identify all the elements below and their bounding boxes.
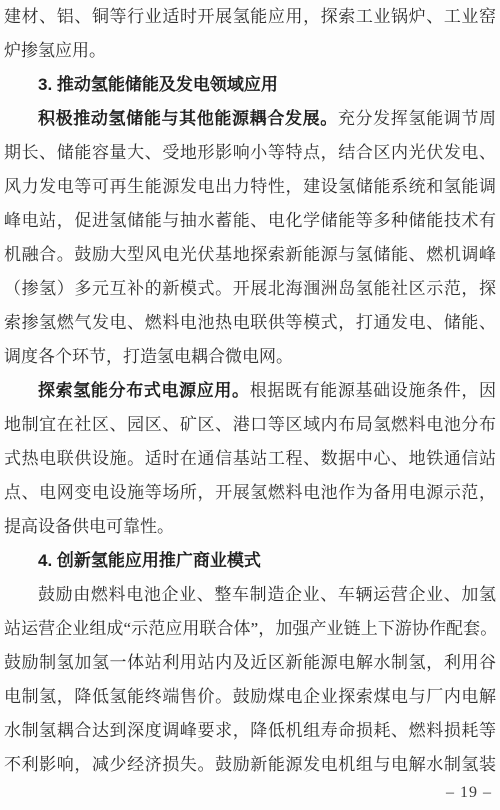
text-line: 点、电网变电设施等场所，开展氢燃料电池作为备用电源示范， [4, 476, 496, 510]
text-line: 式热电联供设施。适时在通信基站工程、数据中心、地铁通信站 [4, 442, 496, 476]
text-line: 站运营企业组成“示范应用联合体”，加强产业链上下游协作配套。 [4, 612, 496, 646]
text-segment: 风力发电等可再生能源发电出力特性，建设氢储能系统和氢能调 [4, 177, 496, 196]
text-line: 峰电站，促进氢储能与抽水蓄能、电化学储能等多种储能技术有 [4, 204, 496, 238]
text-segment: 建材、铝、铜等行业适时开展氢能应用，探索工业锅炉、工业窑 [4, 7, 496, 26]
text-segment: 索掺氢燃气发电、燃料电池热电联供等模式，打通发电、储能、 [4, 313, 496, 332]
text-line: 炉掺氢应用。 [4, 34, 496, 68]
text-segment: 调度各个环节，打造氢电耦合微电网。 [4, 347, 293, 366]
text-segment: 根据既有能源基础设施条件，因 [250, 381, 496, 400]
text-line: 水制氢耦合达到深度调峰要求，降低机组寿命损耗、燃料损耗等 [4, 714, 496, 748]
text-line: 提高设备供电可靠性。 [4, 510, 496, 544]
bold-text-segment: 探索氢能分布式电源应用。 [38, 381, 250, 400]
text-segment: 鼓励由燃料电池企业、整车制造企业、车辆运营企业、加氢 [38, 585, 496, 604]
text-segment: 机融合。鼓励大型风电光伏基地探索新能源与氢储能、燃机调峰 [4, 245, 496, 264]
document-page: 建材、铝、铜等行业适时开展氢能应用，探索工业锅炉、工业窑炉掺氢应用。3. 推动氢… [0, 0, 500, 810]
text-line: 建材、铝、铜等行业适时开展氢能应用，探索工业锅炉、工业窑 [4, 0, 496, 34]
text-line: 不利影响，减少经济损失。鼓励新能源发电机组与电解水制氢装 [4, 748, 496, 782]
text-segment: 水制氢耦合达到深度调峰要求，降低机组寿命损耗、燃料损耗等 [4, 721, 496, 740]
text-line: 鼓励由燃料电池企业、整车制造企业、车辆运营企业、加氢 [4, 578, 496, 612]
text-line: 地制宜在社区、园区、矿区、港口等区域内布局氢燃料电池分布 [4, 408, 496, 442]
text-segment: 鼓励制氢加氢一体站利用站内及近区新能源电解水制氢，利用谷 [4, 653, 496, 672]
section-heading: 4. 创新氢能应用推广商业模式 [4, 544, 496, 578]
text-segment: 不利影响，减少经济损失。鼓励新能源发电机组与电解水制氢装 [4, 755, 496, 774]
text-segment: 充分发挥氢能调节周 [338, 109, 496, 128]
section-heading: 3. 推动氢能储能及发电领域应用 [4, 68, 496, 102]
bold-text-segment: 4. 创新氢能应用推广商业模式 [38, 551, 261, 570]
bold-text-segment: 3. 推动氢能储能及发电领域应用 [38, 75, 278, 94]
text-segment: 电制氢，降低氢能终端售价。鼓励煤电企业探索煤电与厂内电解 [4, 687, 496, 706]
text-segment: 点、电网变电设施等场所，开展氢燃料电池作为备用电源示范， [4, 483, 496, 502]
text-line: 探索氢能分布式电源应用。根据既有能源基础设施条件，因 [4, 374, 496, 408]
text-segment: 提高设备供电可靠性。 [4, 517, 174, 536]
text-line: 期长、储能容量大、受地形影响小等特点，结合区内光伏发电、 [4, 136, 496, 170]
text-segment: 期长、储能容量大、受地形影响小等特点，结合区内光伏发电、 [4, 143, 496, 162]
text-segment: 地制宜在社区、园区、矿区、港口等区域内布局氢燃料电池分布 [4, 415, 496, 434]
text-segment: 峰电站，促进氢储能与抽水蓄能、电化学储能等多种储能技术有 [4, 211, 496, 230]
text-line: 索掺氢燃气发电、燃料电池热电联供等模式，打通发电、储能、 [4, 306, 496, 340]
text-line: 鼓励制氢加氢一体站利用站内及近区新能源电解水制氢，利用谷 [4, 646, 496, 680]
bold-text-segment: 积极推动氢储能与其他能源耦合发展。 [38, 109, 338, 128]
text-line: （掺氢）多元互补的新模式。开展北海涠洲岛氢能社区示范，探 [4, 272, 496, 306]
text-segment: 站运营企业组成“示范应用联合体”，加强产业链上下游协作配套。 [4, 619, 496, 638]
text-line: 机融合。鼓励大型风电光伏基地探索新能源与氢储能、燃机调峰 [4, 238, 496, 272]
text-line: 风力发电等可再生能源发电出力特性，建设氢储能系统和氢能调 [4, 170, 496, 204]
text-segment: 炉掺氢应用。 [4, 41, 106, 60]
document-lines: 建材、铝、铜等行业适时开展氢能应用，探索工业锅炉、工业窑炉掺氢应用。3. 推动氢… [4, 0, 496, 782]
text-segment: 式热电联供设施。适时在通信基站工程、数据中心、地铁通信站 [4, 449, 496, 468]
text-line: 积极推动氢储能与其他能源耦合发展。充分发挥氢能调节周 [4, 102, 496, 136]
text-line: 调度各个环节，打造氢电耦合微电网。 [4, 340, 496, 374]
page-number: – 19 – [446, 784, 492, 802]
text-segment: （掺氢）多元互补的新模式。开展北海涠洲岛氢能社区示范，探 [4, 279, 496, 298]
text-line: 电制氢，降低氢能终端售价。鼓励煤电企业探索煤电与厂内电解 [4, 680, 496, 714]
